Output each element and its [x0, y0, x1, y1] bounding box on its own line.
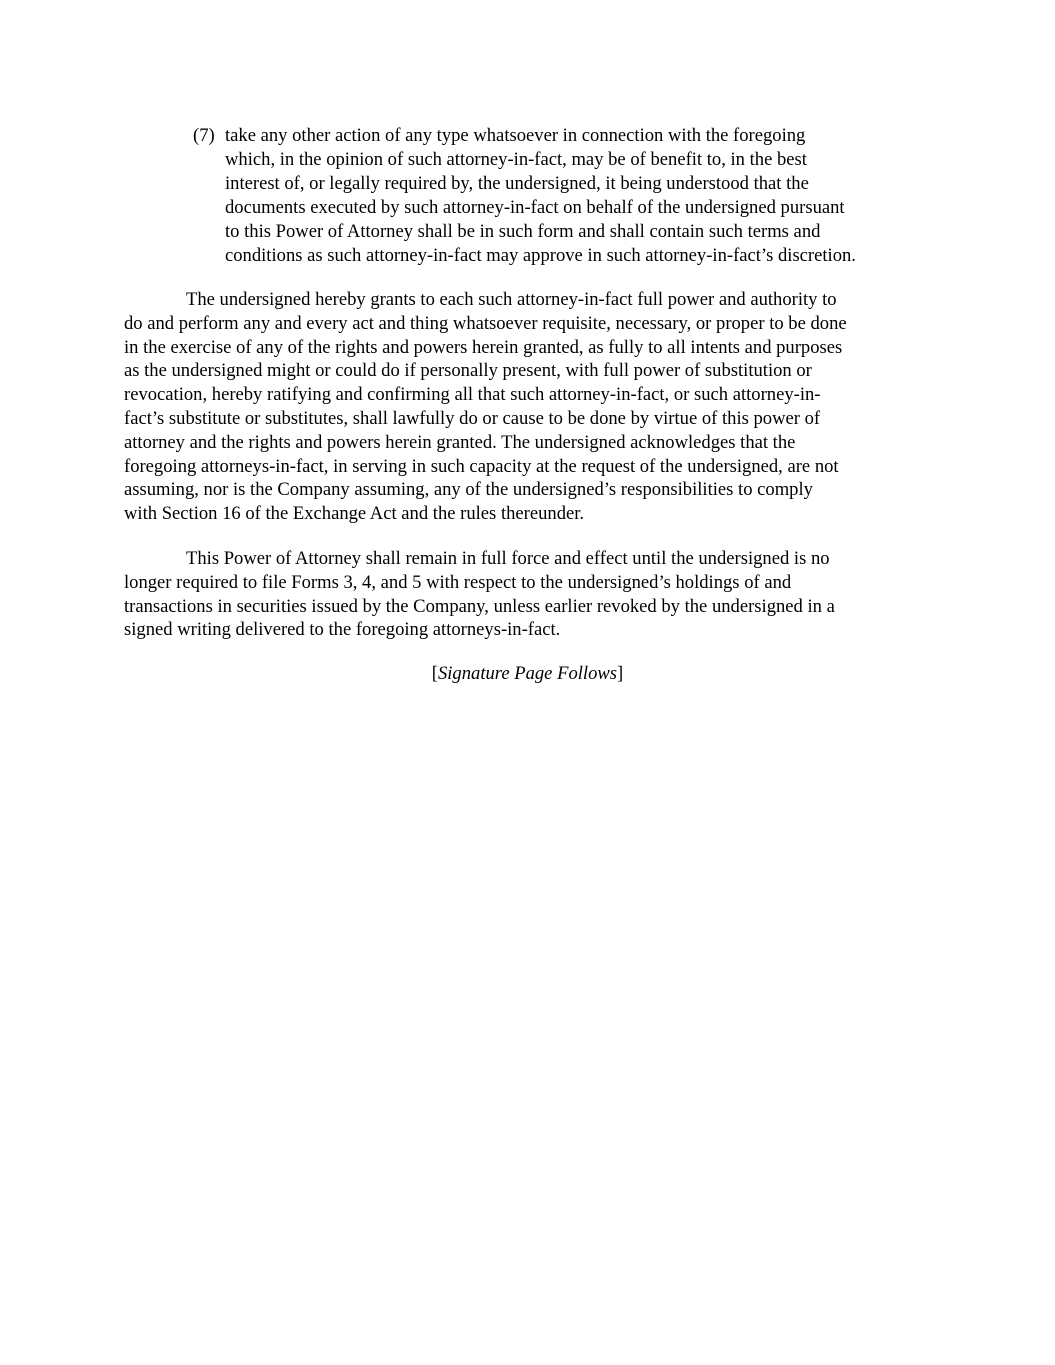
paragraph-duration: This Power of Attorney shall remain in f…	[124, 547, 944, 642]
text-line: attorney and the rights and powers herei…	[124, 431, 944, 455]
text-line: as the undersigned might or could do if …	[124, 359, 944, 383]
signature-note-text: Signature Page Follows	[438, 663, 617, 684]
text-line: revocation, hereby ratifying and confirm…	[124, 383, 944, 407]
text-line: signed writing delivered to the foregoin…	[124, 618, 944, 642]
text-line: foregoing attorneys-in-fact, in serving …	[124, 455, 944, 479]
close-bracket: ]	[617, 663, 623, 684]
text-line: interest of, or legally required by, the…	[225, 172, 809, 196]
text-line: fact’s substitute or substitutes, shall …	[124, 407, 944, 431]
text-line: take any other action of any type whatso…	[225, 124, 805, 148]
text-line: The undersigned hereby grants to each su…	[124, 288, 944, 312]
text-line: conditions as such attorney-in-fact may …	[225, 244, 856, 268]
text-line: This Power of Attorney shall remain in f…	[124, 547, 944, 571]
text-line: which, in the opinion of such attorney-i…	[225, 148, 807, 172]
text-line: longer required to file Forms 3, 4, and …	[124, 571, 944, 595]
text-line: with Section 16 of the Exchange Act and …	[124, 502, 944, 526]
paragraph-grant-of-authority: The undersigned hereby grants to each su…	[124, 288, 944, 526]
text-line: in the exercise of any of the rights and…	[124, 336, 944, 360]
text-line: to this Power of Attorney shall be in su…	[225, 220, 820, 244]
list-item-number: (7)	[193, 124, 215, 148]
text-line: documents executed by such attorney-in-f…	[225, 196, 845, 220]
text-line: transactions in securities issued by the…	[124, 595, 944, 619]
text-line: assuming, nor is the Company assuming, a…	[124, 478, 944, 502]
text-line: do and perform any and every act and thi…	[124, 312, 944, 336]
document-page: (7) take any other action of any type wh…	[0, 0, 1055, 1365]
signature-page-note: [Signature Page Follows]	[0, 662, 1055, 686]
